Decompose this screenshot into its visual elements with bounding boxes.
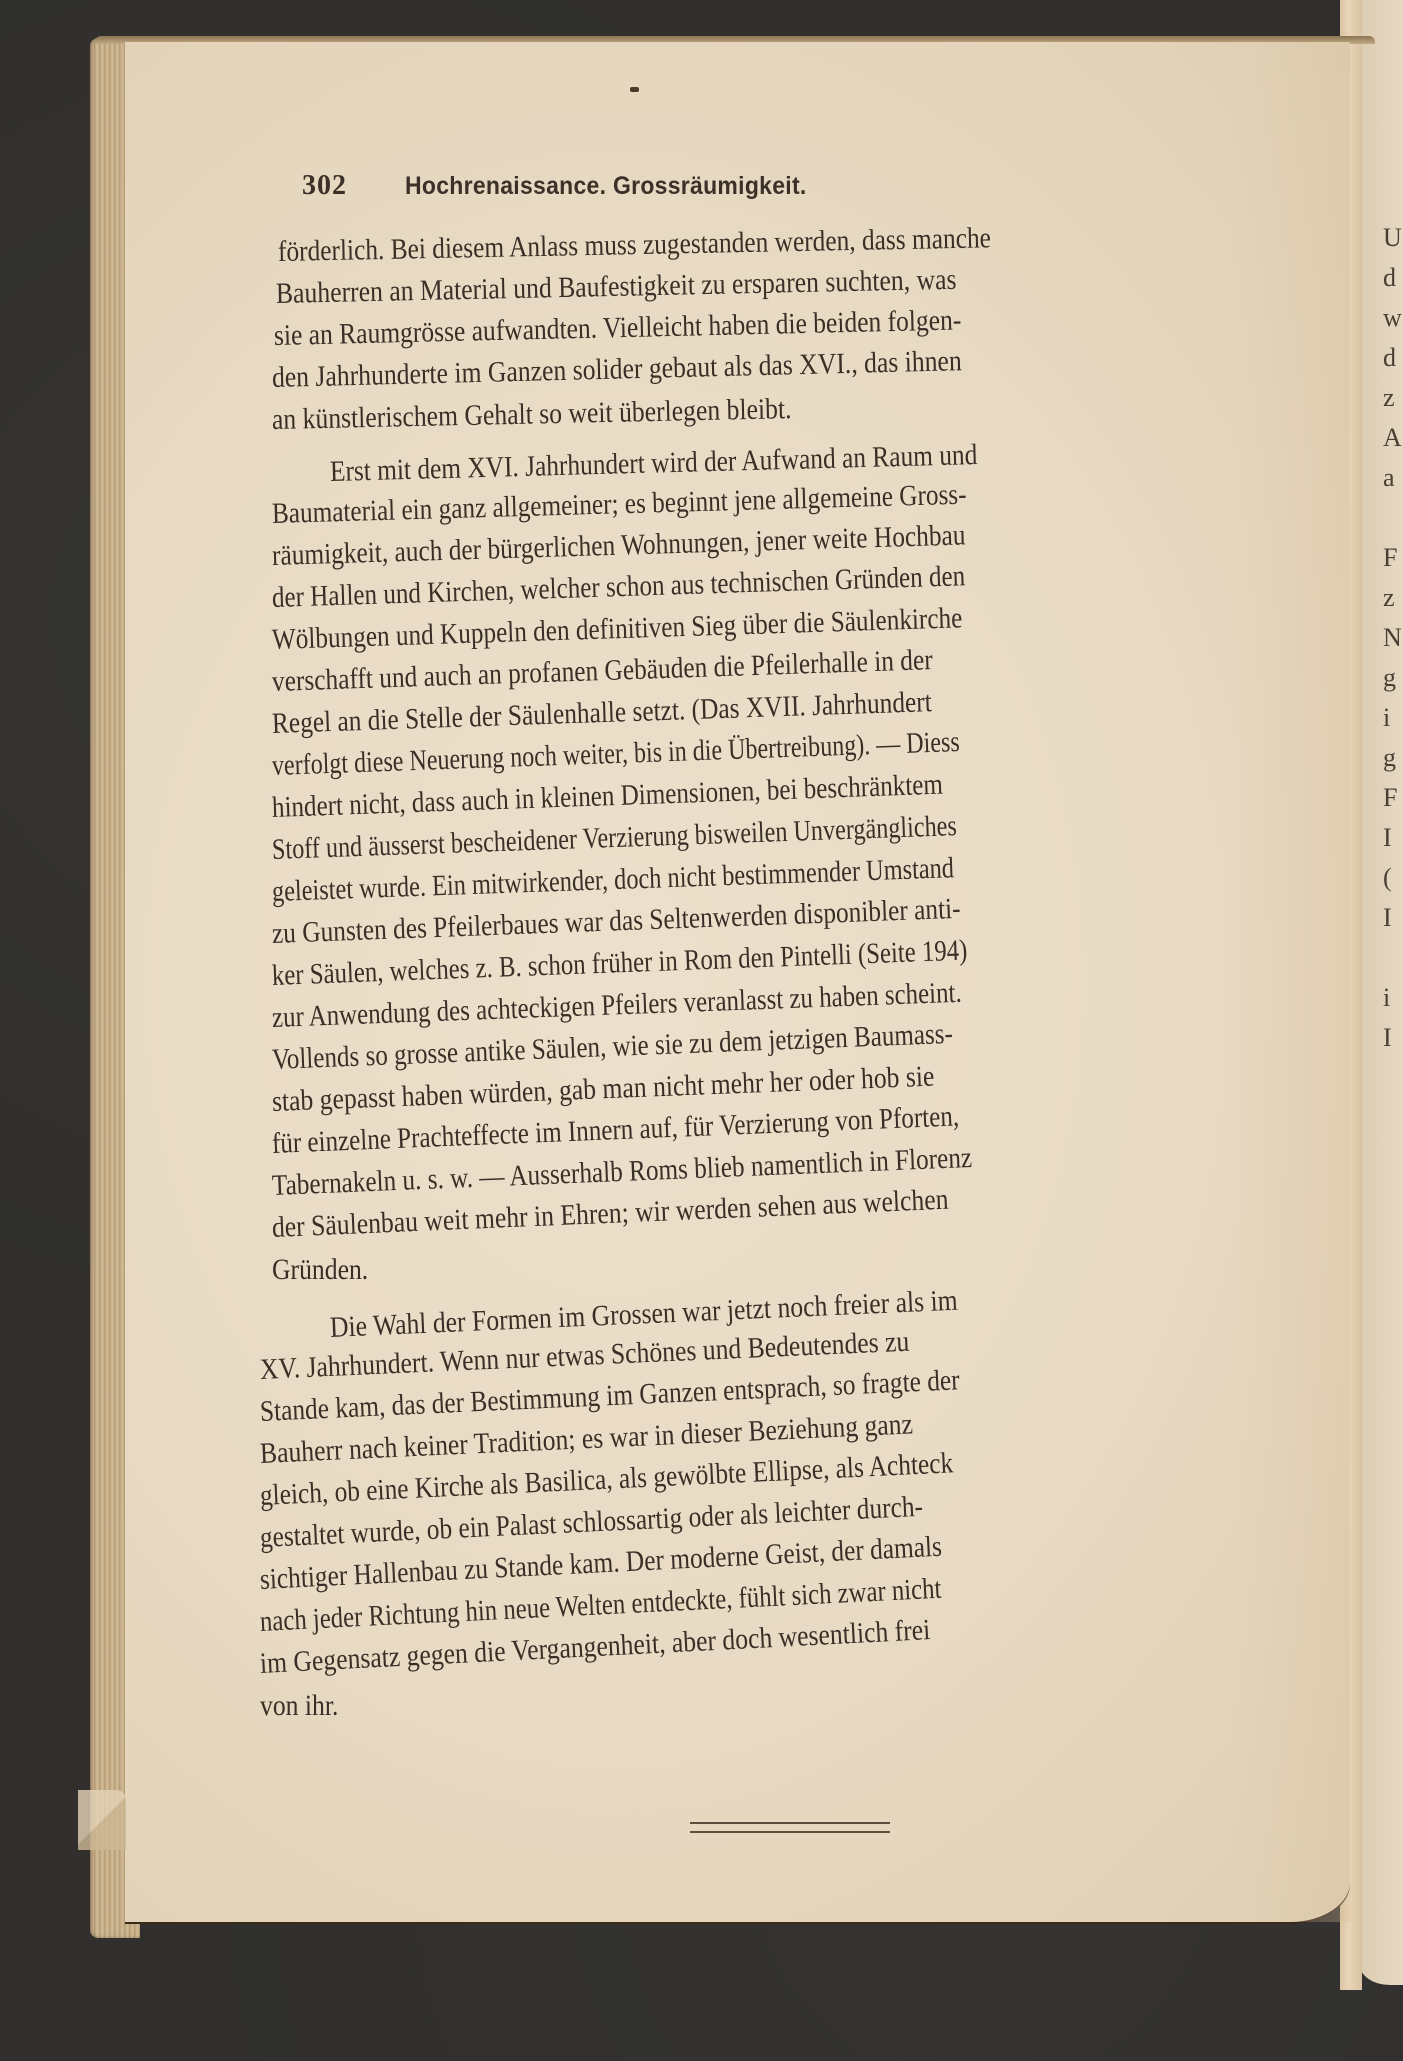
facing-letter: U xyxy=(1383,218,1402,258)
facing-letter: g xyxy=(1383,658,1402,698)
facing-letter: a xyxy=(1383,458,1402,498)
facing-letter: F xyxy=(1383,538,1402,578)
facing-letter: I xyxy=(1383,898,1402,938)
facing-letter: I xyxy=(1383,818,1402,858)
facing-letter: i xyxy=(1383,698,1402,738)
facing-letter xyxy=(1383,938,1402,978)
facing-letter: w xyxy=(1383,298,1402,338)
facing-letter: ( xyxy=(1383,858,1402,898)
facing-letter: A xyxy=(1383,418,1402,458)
text-line: Gründen. xyxy=(272,1256,368,1286)
facing-letter: z xyxy=(1383,378,1402,418)
facing-letter: z xyxy=(1383,578,1402,618)
facing-letter: I xyxy=(1383,1018,1402,1058)
section-end-rule xyxy=(690,1822,890,1833)
facing-letter: i xyxy=(1383,978,1402,1018)
text-line: von ihr. xyxy=(260,1692,338,1722)
running-head: Hochrenaissance. Grossräumigkeit. xyxy=(405,172,807,201)
facing-letter: g xyxy=(1383,738,1402,778)
facing-letter: N xyxy=(1383,618,1402,658)
facing-letter: d xyxy=(1383,258,1402,298)
ink-speck xyxy=(630,87,639,92)
folded-corner xyxy=(78,1790,126,1850)
facing-letter: F xyxy=(1383,778,1402,818)
page-number: 302 xyxy=(302,170,347,202)
facing-letter: d xyxy=(1383,338,1402,378)
facing-letter xyxy=(1383,498,1402,538)
facing-page-text: U d w d z A a F z N g i g F I ( I i I xyxy=(1383,218,1402,1058)
